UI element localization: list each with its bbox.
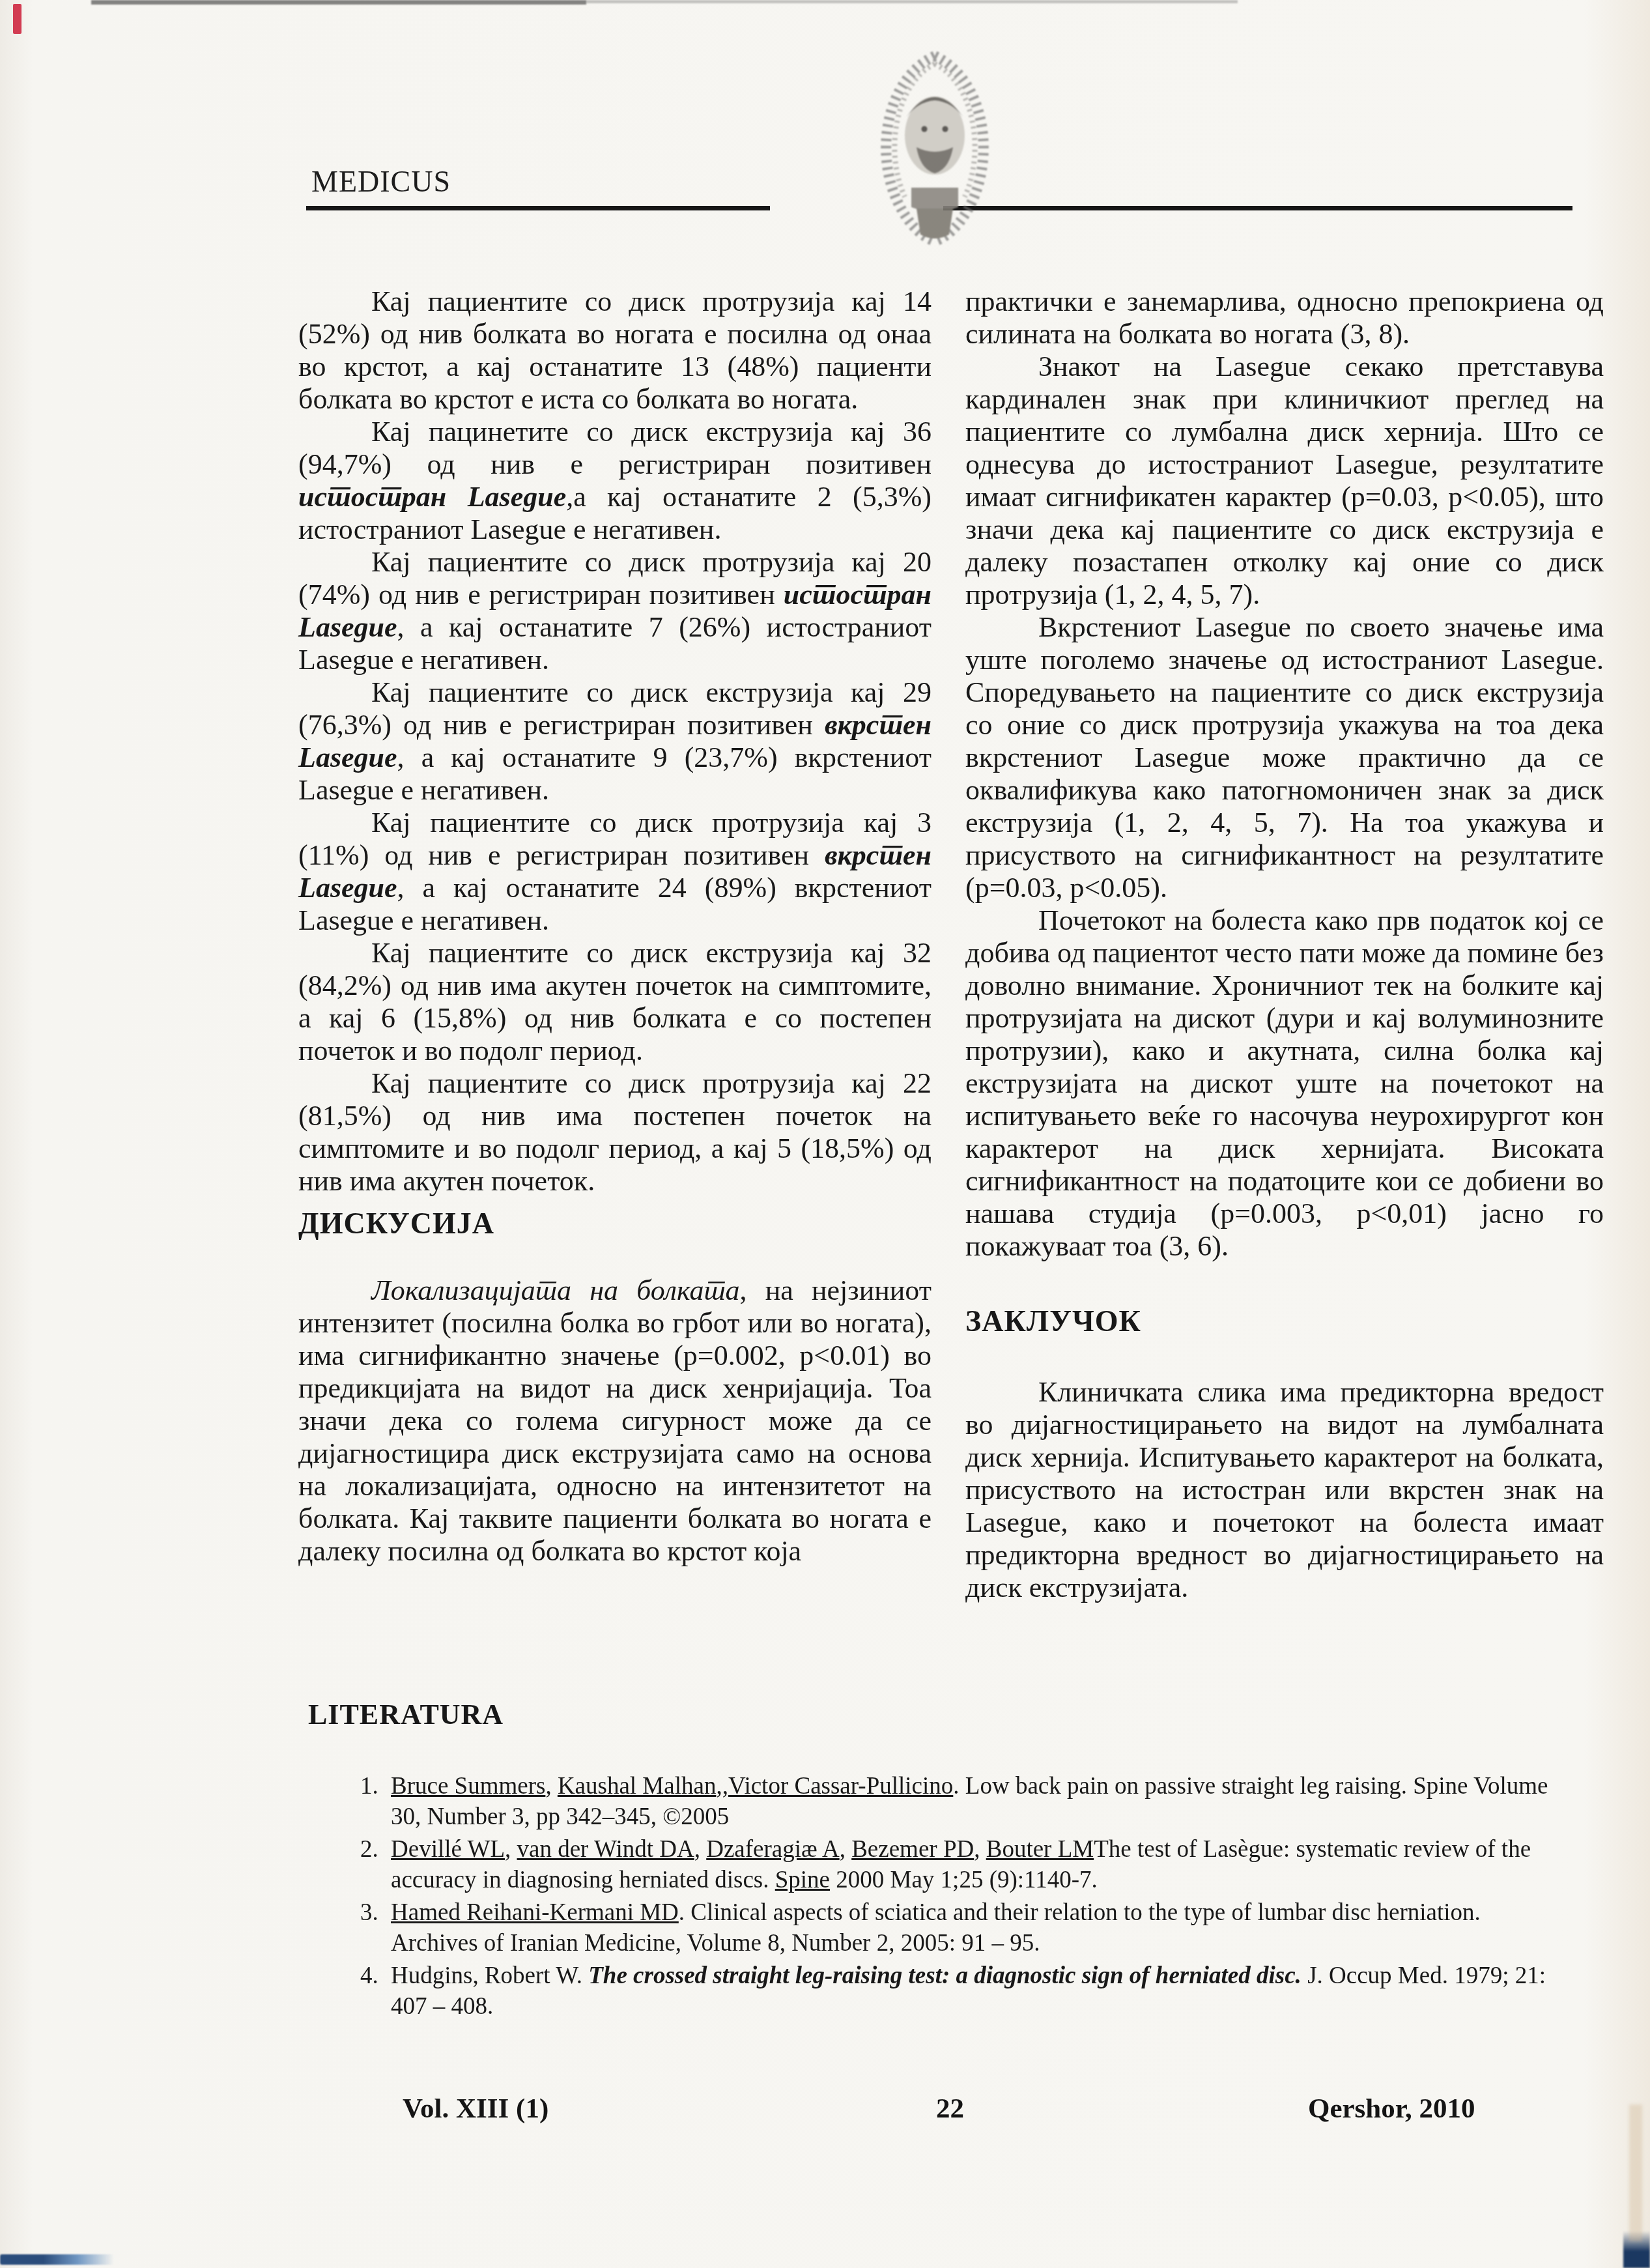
journal-title: MEDICUS <box>311 164 451 199</box>
conclusion-heading: ЗАКЛУЧОК <box>965 1304 1604 1338</box>
paragraph-protrusion-onset: Кај пациентите со диск протрузија кај 22… <box>298 1067 932 1198</box>
author-name: Bezemer PD <box>851 1836 974 1863</box>
journal-name: Spine <box>775 1867 830 1893</box>
author-name: Hamed Reihani-Kermani MD <box>391 1899 679 1926</box>
text-run: , <box>840 1836 852 1863</box>
scan-artifact-bottom-left <box>0 2254 114 2265</box>
reference-number: 3. <box>360 1897 391 1959</box>
reference-text: Bruce Summers, Kaushal Malhan,,Victor Ca… <box>391 1771 1559 1832</box>
reference-text: Devillé WL, van der Windt DA, Dzaferagiæ… <box>391 1834 1559 1895</box>
author-name: Dzaferagiæ A <box>706 1836 839 1863</box>
author-name: Bouter LM <box>986 1836 1094 1863</box>
issue-date: Qershor, 2010 <box>1308 2093 1475 2125</box>
author-name: Bruce Summers <box>391 1773 545 1800</box>
paragraph-lasegue-cardinal-sign: Знакот на Lasegue секако претставува кар… <box>965 351 1604 611</box>
scan-artifact-top-edge-2 <box>586 0 1238 3</box>
scan-artifact-red-mark <box>13 4 21 34</box>
paragraph-protrusion-crossed-lasegue: Кај пациентите со диск протрузија кај 3 … <box>298 807 932 937</box>
article-title: The crossed straight leg-raising test: a… <box>588 1962 1302 1989</box>
text-run: , <box>694 1836 707 1863</box>
literature-section: LITERATURA 1. Bruce Summers, Kaushal Mal… <box>308 1699 1572 2024</box>
discussion-heading: ДИСКУСИЈА <box>298 1207 932 1241</box>
text-run: 2000 May 1;25 (9):1140-7. <box>830 1867 1098 1893</box>
paragraph-pain-location-protrusion: Кај пациентите со диск протрузија кај 14… <box>298 285 932 416</box>
reference-item-4: 4. Hudgins, Robert W. The crossed straig… <box>360 1960 1572 2022</box>
header-rule-left <box>306 206 770 210</box>
text-run: , <box>974 1836 986 1863</box>
reference-text: Hudgins, Robert W. The crossed straight … <box>391 1960 1559 2022</box>
paragraph-discussion: Локализацијата на болката, на нејзиниот … <box>298 1274 932 1568</box>
reference-number: 1. <box>360 1771 391 1832</box>
literature-heading: LITERATURA <box>308 1699 1572 1730</box>
header-rule-right <box>943 206 1572 210</box>
text-run: ,, <box>716 1773 728 1800</box>
laurel-wreath-portrait-emblem <box>844 50 1026 245</box>
paragraph-continuation: практички е занемарлива, односно препокр… <box>965 285 1604 351</box>
author-name: Victor Cassar-Pullicino <box>728 1773 953 1800</box>
reference-number: 4. <box>360 1960 391 2022</box>
reference-text: Hamed Reihani-Kermani MD. Clinical aspec… <box>391 1897 1559 1959</box>
paragraph-protrusion-ipsilateral-lasegue: Кај пациентите со диск протрузија кај 20… <box>298 546 932 676</box>
emphasis-ipsilateral-lasegue: истостран Lasegue <box>298 481 566 513</box>
scan-artifact-top-edge <box>91 0 586 5</box>
author-name: Kaushal Malhan <box>558 1773 717 1800</box>
text-run: , на нејзиниот интензитет (посилна болка… <box>298 1274 932 1567</box>
emphasis-pain-localization: Локализацијата на болката <box>371 1274 740 1306</box>
author-name: Devillé WL <box>391 1836 505 1863</box>
text-run: Кај пацинетите со диск екструзија кај 36… <box>298 416 932 480</box>
paragraph-conclusion: Клиничката слика има предикторна вредост… <box>965 1376 1604 1604</box>
paragraph-extrusion-crossed-lasegue: Кај пациентите со диск екструзија кај 29… <box>298 676 932 807</box>
paragraph-extrusion-onset: Кај пациентите со диск екструзија кај 32… <box>298 937 932 1067</box>
scan-artifact-right-edge <box>1629 2104 1642 2241</box>
volume-label: Vol. XIII (1) <box>403 2093 548 2125</box>
paragraph-crossed-lasegue-significance: Вкрстениот Lasegue по своето значење има… <box>965 611 1604 904</box>
reference-number: 2. <box>360 1834 391 1895</box>
text-run: , <box>545 1773 558 1800</box>
right-column: практички е занемарлива, односно препокр… <box>965 285 1604 1604</box>
reference-item-2: 2. Devillé WL, van der Windt DA, Dzafera… <box>360 1834 1572 1895</box>
left-column: Кај пациентите со диск протрузија кај 14… <box>298 285 932 1568</box>
reference-item-3: 3. Hamed Reihani-Kermani MD. Clinical as… <box>360 1897 1572 1959</box>
reference-item-1: 1. Bruce Summers, Kaushal Malhan,,Victor… <box>360 1771 1572 1832</box>
paragraph-disease-onset: Почетокот на болеста како прв податок ко… <box>965 904 1604 1263</box>
page-number: 22 <box>936 2093 964 2125</box>
text-run: , <box>505 1836 517 1863</box>
author-name: van der Windt DA <box>517 1836 694 1863</box>
text-run: Hudgins, Robert W. <box>391 1962 588 1989</box>
scanned-journal-page: MEDICUS Кај пациентите со диск протрузиј… <box>0 0 1650 2268</box>
paragraph-extrusion-ipsilateral-lasegue: Кај пацинетите со диск екструзија кај 36… <box>298 416 932 546</box>
